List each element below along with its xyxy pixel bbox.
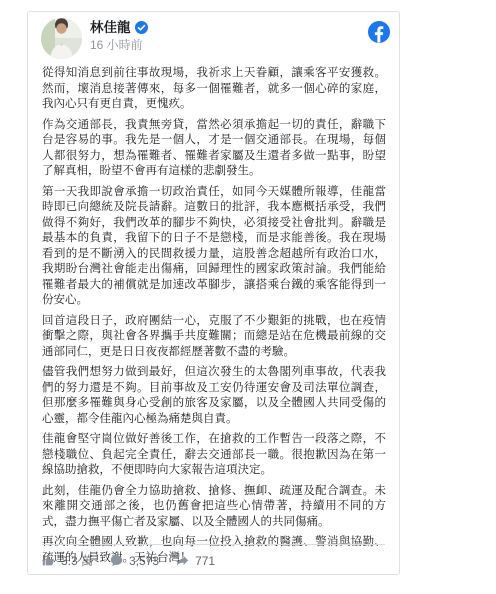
post-paragraph: 回首這段日子，政府團結一心，克服了不少艱鉅的挑戰，也在疫情衝擊之際，與社會各界攜… [42, 314, 386, 361]
post-paragraph: 第一天我即說會承擔一切政治責任，如同今天媒體所報導，佳龍當時即已向總統及院長請辭… [42, 185, 386, 309]
engagement-bar: 3.3 萬 3,573 771 [42, 544, 385, 574]
reaction-count: 3.3 萬 [61, 552, 93, 569]
thumbs-up-icon [42, 554, 55, 567]
post-paragraph: 此刻，佳龍仍會全力協助搶救、搶修、撫卹、疏運及配合調查。未來離開交通部之後，也仍… [42, 484, 386, 531]
post-paragraph: 從得知消息到前往事故現場，我祈求上天眷顧，讓乘客平安獲救。然而，壞消息接著傳來，… [42, 66, 386, 113]
comment-count: 3,573 [129, 554, 159, 568]
post-paragraph: 佳龍會堅守崗位做好善後工作，在搶救的工作暫告一段落之際，不戀棧職位、負起完全責任… [42, 432, 386, 479]
profile-photo-placeholder [41, 18, 82, 59]
comment-count-group[interactable]: 3,573 [110, 554, 159, 568]
facebook-logo-icon[interactable] [368, 21, 390, 43]
share-arrow-icon [176, 554, 189, 567]
post-text: 從得知消息到前往事故現場，我祈求上天眷顧，讓乘客平安獲救。然而，壞消息接著傳來，… [28, 59, 399, 566]
post-paragraph: 作為交通部長，我責無旁貸，當然必須承擔起一切的責任，辭職下台是容易的事。我先是一… [42, 118, 386, 180]
post-header: 林佳龍 16 小時前 [28, 12, 399, 59]
speech-bubble-icon [110, 554, 123, 567]
header-text: 林佳龍 16 小時前 [90, 19, 148, 53]
page: 林佳龍 16 小時前 從得知消息到前往事故現場，我祈求上天眷顧，讓乘 [0, 0, 496, 594]
author-row[interactable]: 林佳龍 [90, 19, 148, 36]
share-count-group[interactable]: 771 [176, 554, 215, 568]
facebook-post-card: 林佳龍 16 小時前 從得知消息到前往事故現場，我祈求上天眷顧，讓乘 [27, 11, 400, 575]
post-paragraph: 儘管我們想努力做到最好，但這次發生的太魯閣列車事故，代表我們的努力還是不夠。目前… [42, 365, 386, 427]
share-count: 771 [195, 554, 215, 568]
avatar[interactable] [41, 18, 82, 59]
reaction-count-group[interactable]: 3.3 萬 [42, 552, 93, 569]
verified-checkmark-icon [135, 21, 148, 34]
post-timestamp[interactable]: 16 小時前 [90, 38, 148, 53]
author-name[interactable]: 林佳龍 [90, 19, 131, 36]
